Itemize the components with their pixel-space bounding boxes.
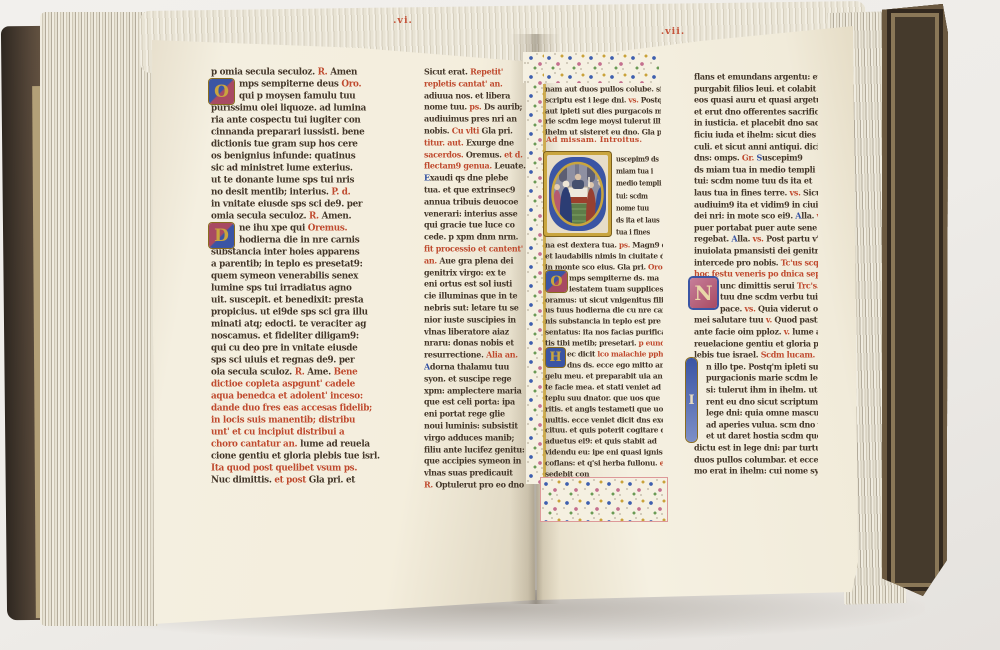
illuminated-initial-d: D	[209, 223, 234, 248]
illuminated-initial-h: H	[546, 348, 565, 367]
illuminated-initial-n: N	[690, 278, 717, 308]
right-cover-board	[882, 4, 948, 596]
folio-number-left: .vi.	[388, 15, 418, 26]
left-page-edges-stack	[40, 12, 158, 626]
left-page-column-1: p omia secula seculoz. R. Amenmps sempit…	[211, 66, 395, 486]
priest-simeon	[575, 174, 581, 180]
photo-of-illuminated-manuscript: .vi. .vii. p omia secula seculoz. R. Ame…	[0, 0, 1000, 650]
illuminated-initial-o: O	[209, 79, 234, 104]
right-page-column-2: flans et emundans argentu: etpurgabit fi…	[694, 71, 818, 477]
christ-child	[569, 189, 573, 193]
right-page-column-1-top: nam aut duos pullos colube. sicscriptu e…	[545, 84, 661, 138]
left-page-column-2: Sicut erat. Repetit'repletis cantat' an.…	[424, 66, 528, 491]
right-page-column-1-beside-miniature: uscepim9 dsmiam tua imedio templitui: sc…	[616, 153, 662, 238]
illuminated-initial-i: I	[686, 358, 697, 442]
virgin-mary	[563, 181, 570, 188]
handmaid	[554, 184, 560, 190]
folio-number-right: .vii.	[656, 26, 690, 37]
rubric-ad-missam: Ad missam. Introitus.	[546, 135, 662, 144]
floral-border-left	[526, 52, 544, 484]
miniature-presentation-in-the-temple	[543, 151, 612, 237]
illuminated-initial-o2: O	[546, 271, 567, 292]
floral-border-bottom	[540, 477, 668, 522]
